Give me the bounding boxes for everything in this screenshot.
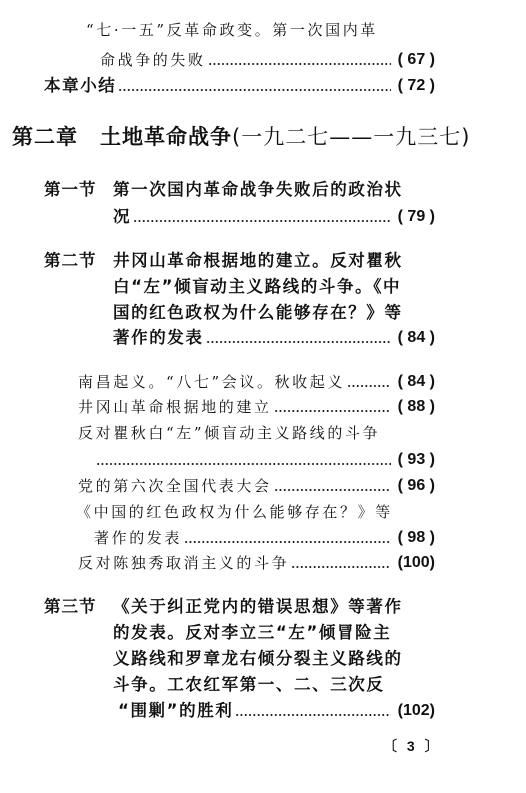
subsection-row: 井冈山革命根据地的建立 ( 88 ) xyxy=(78,397,435,417)
section-label: 第一节 xyxy=(44,180,97,200)
toc-entry-text: “七·一五”反革命政变。第一次国内革 xyxy=(86,20,378,40)
dot-leader xyxy=(131,207,393,227)
section-label: 第三节 xyxy=(44,597,97,617)
section-title-line: “围剿”的胜利 xyxy=(118,701,233,721)
subsection-row: ( 93 ) xyxy=(94,450,435,470)
section-label: 第二节 xyxy=(44,251,97,271)
section-title-line: 第一次国内革命战争失败后的政治状 xyxy=(113,180,403,200)
section-title-line: 义路线和罗章龙右倾分裂主义路线的 xyxy=(113,649,403,669)
dot-leader xyxy=(272,397,393,417)
dot-leader xyxy=(204,328,394,348)
section-title-line: 著作的发表 xyxy=(113,328,204,348)
page-ref: ( 67 ) xyxy=(393,50,435,70)
dot-leader xyxy=(345,372,393,392)
dot-leader xyxy=(289,553,393,573)
section-title-row: “围剿”的胜利 (102) xyxy=(118,701,435,721)
section-title-line: 白“左”倾盲动主义路线的斗争。《中 xyxy=(113,277,401,297)
subsection-title: 党的第六次全国代表大会 xyxy=(78,476,272,496)
subsection-title: 反对陈独秀取消主义的斗争 xyxy=(78,553,289,573)
subsection-row: 南昌起义。“八七”会议。秋收起义 ( 84 ) xyxy=(78,372,435,392)
subsection-row: 党的第六次全国代表大会 ( 96 ) xyxy=(78,476,435,496)
section-title-line: 况 xyxy=(113,207,131,227)
dot-leader xyxy=(116,76,393,96)
section-title-line: 国的红色政权为什么能够存在？》等 xyxy=(113,303,403,323)
subsection-title: 《中国的红色政权为什么能够存在？》等 xyxy=(76,502,393,522)
section-title-line: 斗争。工农红军第一、二、三次反 xyxy=(113,675,385,695)
page-ref: ( 93 ) xyxy=(393,450,435,470)
subsection-title: 反对瞿秋白“左”倾盲动主义路线的斗争 xyxy=(78,423,380,443)
dot-leader xyxy=(272,476,393,496)
page-ref: ( 79 ) xyxy=(393,207,435,227)
toc-summary-row: 本章小结 ( 72 ) xyxy=(44,76,435,96)
toc-page: “七·一五”反革命政变。第一次国内革 命战争的失败 ( 67 ) 本章小结 ( … xyxy=(0,0,526,793)
section-title-line: 《关于纠正党内的错误思想》等著作 xyxy=(113,597,403,617)
subsection-title: 著作的发表 xyxy=(94,528,182,548)
subsection-title: 南昌起义。“八七”会议。秋收起义 xyxy=(78,372,345,392)
subsection-title: 井冈山革命根据地的建立 xyxy=(78,397,272,417)
dot-leader xyxy=(94,450,393,470)
dot-leader xyxy=(182,528,393,548)
section-title-line: 井冈山革命根据地的建立。反对瞿秋 xyxy=(113,251,403,271)
dot-leader xyxy=(233,701,393,721)
page-ref: ( 96 ) xyxy=(393,476,435,496)
section-title-row: 况 ( 79 ) xyxy=(113,207,435,227)
subsection-row: 著作的发表 ( 98 ) xyxy=(94,528,435,548)
section-title-line: 的发表。反对李立三“左”倾冒险主 xyxy=(113,623,391,643)
page-ref: (102) xyxy=(393,701,435,721)
section-title-row: 著作的发表 ( 84 ) xyxy=(113,328,435,348)
page-ref: ( 72 ) xyxy=(393,76,435,96)
page-number: 〔 3 〕 xyxy=(383,736,442,756)
chapter-years: (一九二七——一九三七) xyxy=(232,125,470,149)
chapter-title: 土地革命战争 xyxy=(100,125,232,149)
page-ref: ( 84 ) xyxy=(393,328,435,348)
page-ref: ( 84 ) xyxy=(393,372,435,392)
chapter-heading: 第二章土地革命战争(一九二七——一九三七) xyxy=(12,124,470,150)
page-ref: ( 98 ) xyxy=(393,528,435,548)
toc-entry-row: 命战争的失败 ( 67 ) xyxy=(100,50,435,70)
dot-leader xyxy=(206,50,393,70)
toc-summary-title: 本章小结 xyxy=(44,76,116,96)
subsection-row: 反对陈独秀取消主义的斗争 (100) xyxy=(78,553,435,573)
toc-entry-text: 命战争的失败 xyxy=(100,50,206,70)
page-ref: (100) xyxy=(393,553,435,573)
chapter-label: 第二章 xyxy=(12,125,78,149)
page-ref: ( 88 ) xyxy=(393,397,435,417)
